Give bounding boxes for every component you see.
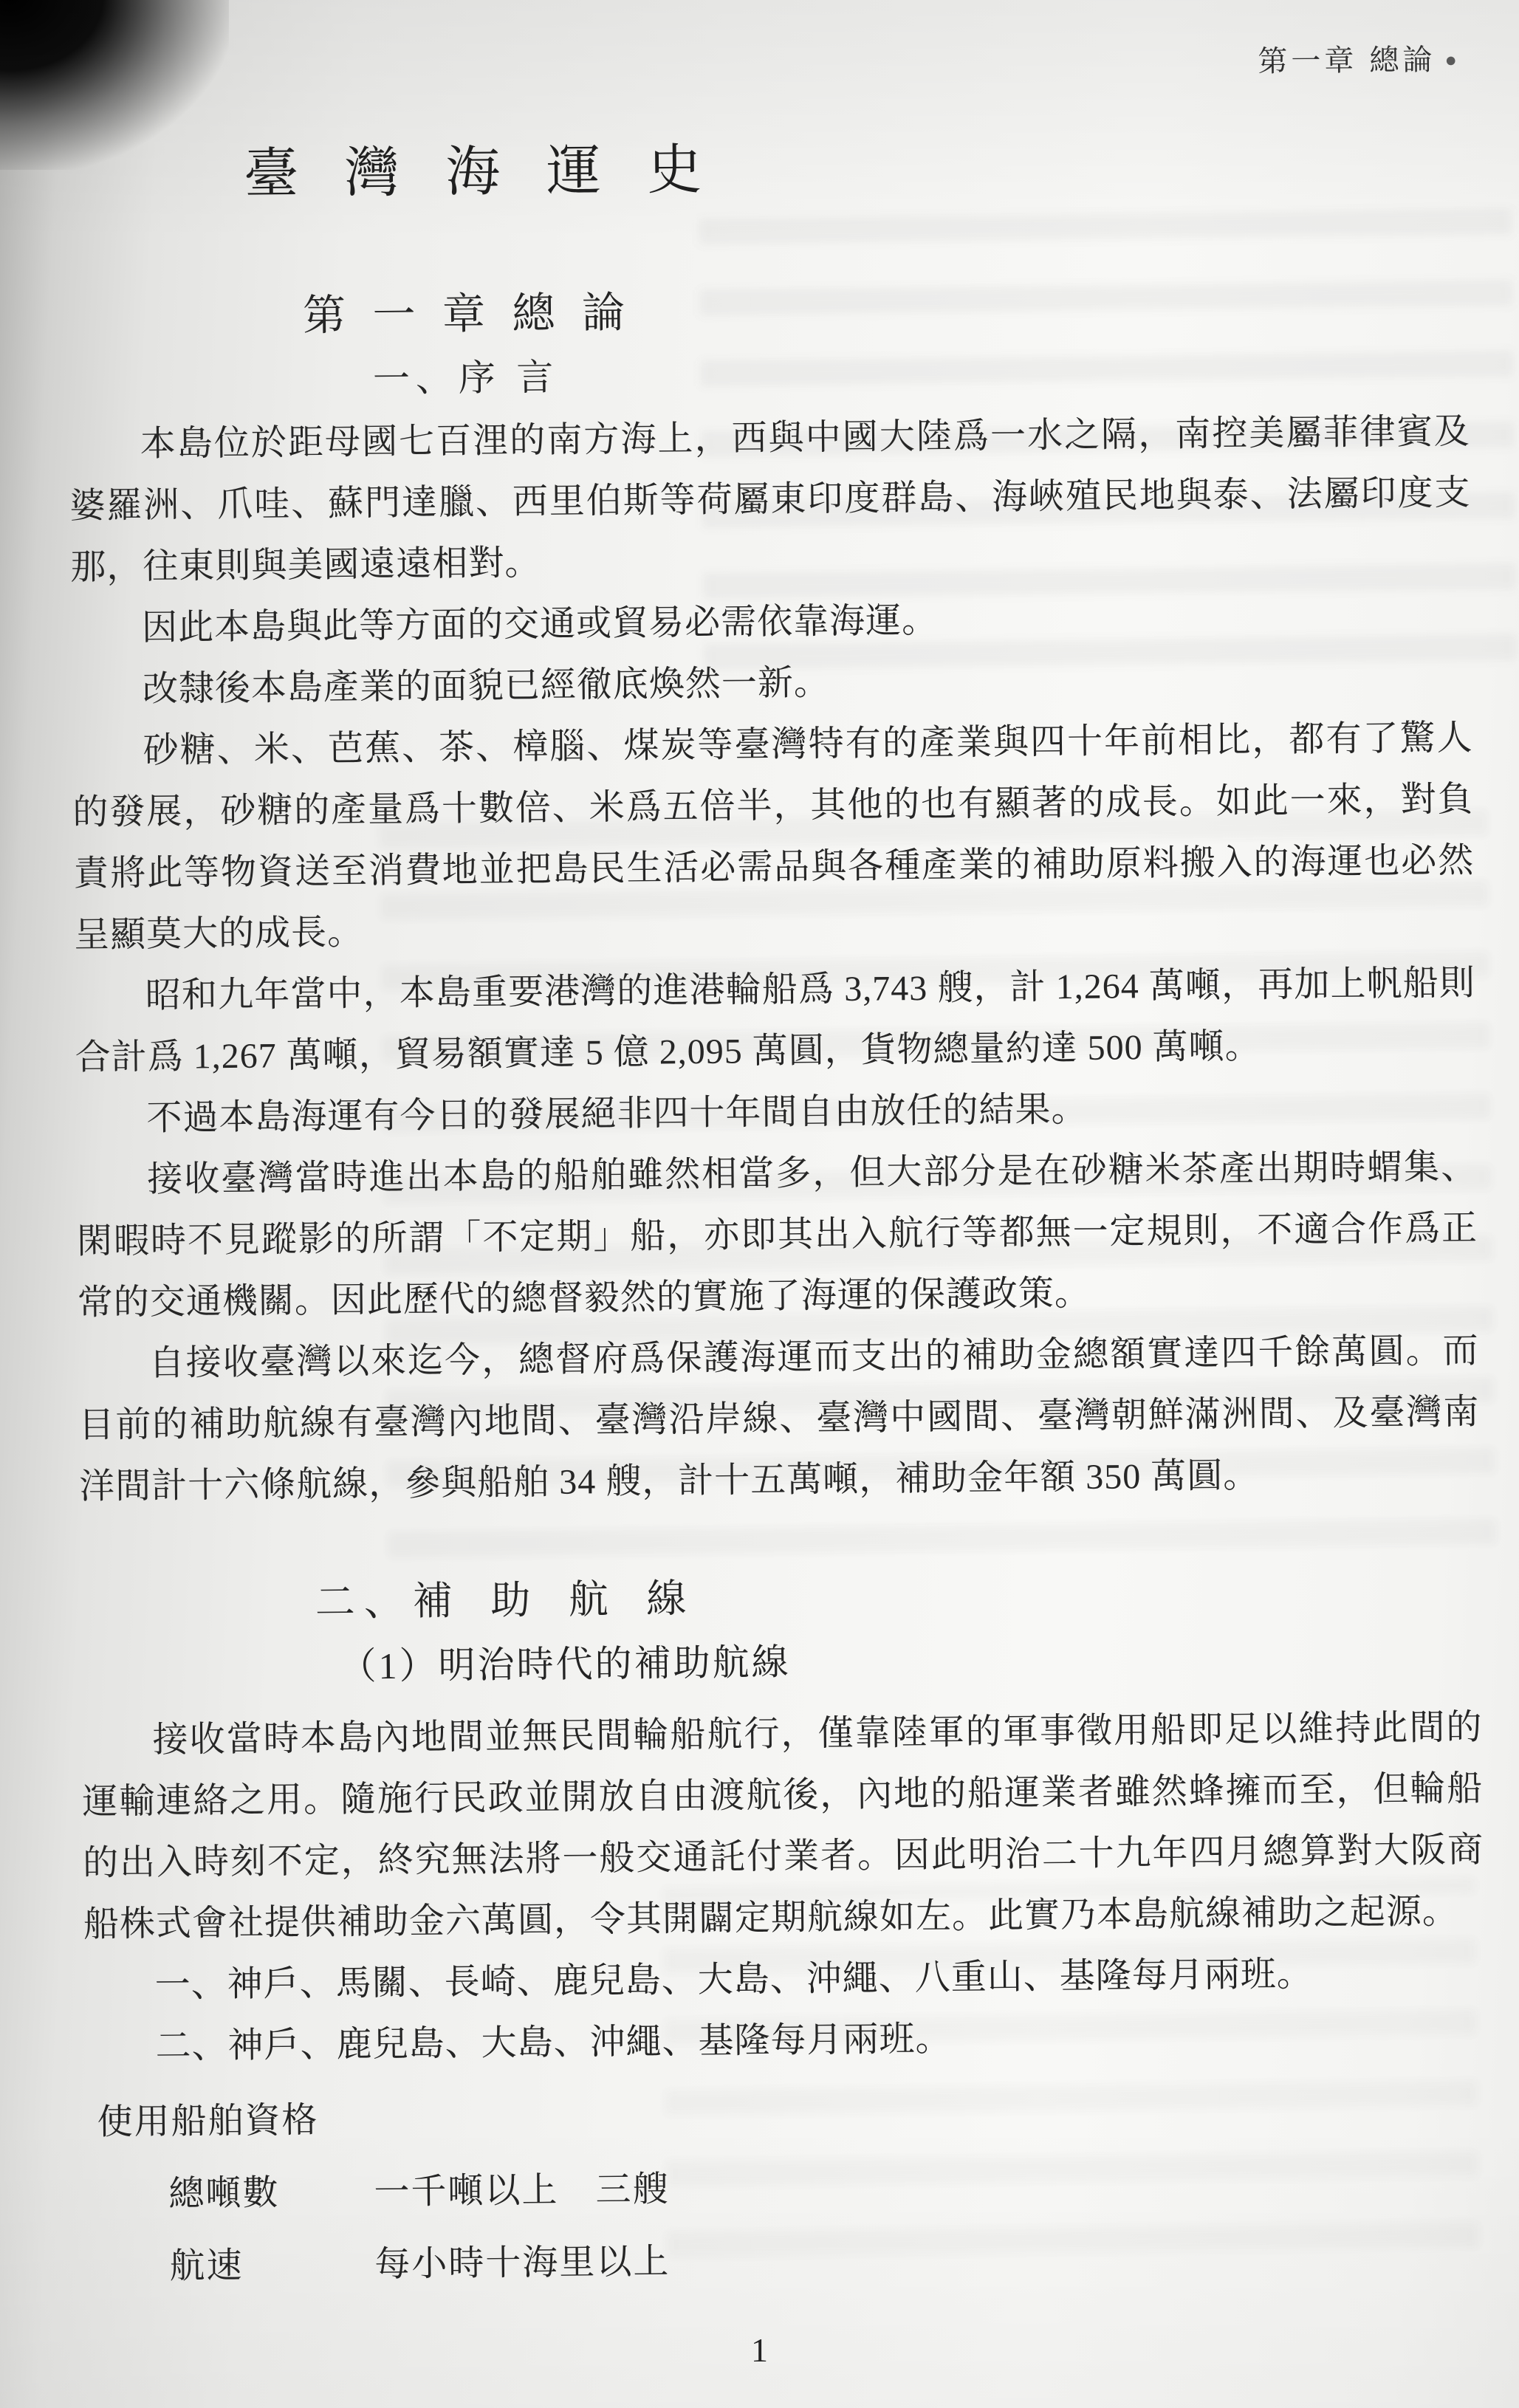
section-one-heading: 一、序 言	[373, 346, 1470, 401]
qualification-value: 每小時十海里以上	[374, 2226, 671, 2302]
running-header: 第一章 總論●	[1258, 36, 1461, 80]
running-header-text: 第一章 總論	[1258, 44, 1436, 78]
scanned-book-page: 第一章 總論● 臺 灣 海 運 史 第 一 章 總 論 一、序 言 本島位於距母…	[0, 0, 1519, 2408]
book-title: 臺 灣 海 運 史	[244, 131, 1468, 208]
body-paragraph: 本島位於距母國七百浬的南方海上，西與中國大陸爲一水之隔，南控美屬菲律賓及婆羅洲、…	[69, 401, 1471, 598]
vessel-qualification-label: 使用船舶資格	[97, 2073, 1487, 2159]
chapter-heading: 第 一 章 總 論	[303, 279, 1470, 342]
page-content: 第一章 總論● 臺 灣 海 運 史 第 一 章 總 論 一、序 言 本島位於距母…	[65, 0, 1488, 2304]
section-two-heading: 二、補 助 航 線	[315, 1568, 1481, 1627]
qualification-item: 航速	[169, 2229, 375, 2303]
body-paragraph: 自接收臺灣以來迄今，總督府爲保護海運而支出的補助金總額實達四千餘萬圓。而目前的補…	[78, 1320, 1480, 1517]
body-paragraph: 昭和九年當中，本島重要港灣的進港輪船爲 3,743 艘，計 1,264 萬噸，再…	[75, 953, 1477, 1088]
qualification-item: 總噸數	[168, 2156, 374, 2231]
qualification-row: 航速 每小時十海里以上	[169, 2218, 1488, 2303]
qualification-value: 一千噸以上 三艘	[374, 2154, 670, 2229]
page-number: 1	[0, 2330, 1519, 2370]
qualification-row: 總噸數 一千噸以上 三艘	[168, 2146, 1487, 2231]
body-paragraph: 接收臺灣當時進出本島的船舶雖然相當多，但大部分是在砂糖米茶產出期時蝟集、閑暇時不…	[76, 1136, 1478, 1334]
body-paragraph: 接收當時本島內地間並無民間輪船航行，僅靠陸軍的軍事徵用船即足以維持此間的運輸連絡…	[81, 1697, 1484, 1955]
route-list-item: 二、神戶、鹿兒島、大島、沖繩、基隆每月兩班。	[84, 2003, 1486, 2078]
section-bullet-icon: ●	[1444, 49, 1461, 71]
subsection-heading: （1）明治時代的補助航線	[339, 1633, 1482, 1689]
body-paragraph: 砂糖、米、芭蕉、茶、樟腦、煤炭等臺灣特有的產業與四十年前相比，都有了驚人的發展，…	[72, 707, 1475, 966]
